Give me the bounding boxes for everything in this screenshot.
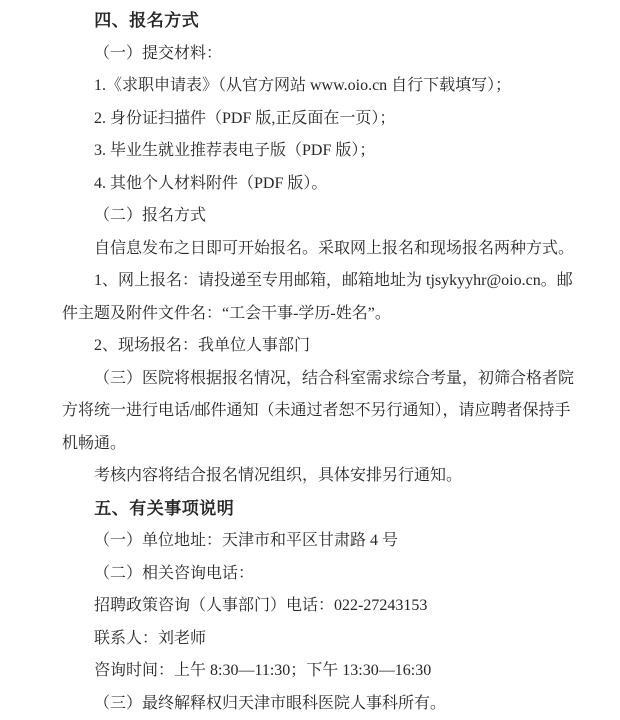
section-heading: 五、有关事项说明	[62, 493, 576, 526]
paragraph: （一）单位地址：天津市和平区甘肃路 4 号	[62, 525, 576, 558]
section-heading: 四、报名方式	[62, 5, 576, 38]
paragraph: （三）医院将根据报名情况，结合科室需求综合考量，初筛合格者院方将统一进行电话/邮…	[62, 363, 576, 461]
document-body: 四、报名方式（一）提交材料：1.《求职申请表》（从官方网站 www.oio.cn…	[62, 5, 576, 720]
paragraph: 3. 毕业生就业推荐表电子版（PDF 版）；	[62, 135, 576, 168]
paragraph: （二）相关咨询电话：	[62, 558, 576, 591]
paragraph: 招聘政策咨询（人事部门）电话：022-27243153	[62, 590, 576, 623]
paragraph: 联系人：刘老师	[62, 623, 576, 656]
paragraph: （三）最终解释权归天津市眼科医院人事科所有。	[62, 688, 576, 720]
document-page: 四、报名方式（一）提交材料：1.《求职申请表》（从官方网站 www.oio.cn…	[0, 0, 620, 720]
paragraph: （二）报名方式	[62, 200, 576, 233]
paragraph: 咨询时间：上午 8:30—11:30；下午 13:30—16:30	[62, 655, 576, 688]
paragraph: 自信息发布之日即可开始报名。采取网上报名和现场报名两种方式。	[62, 233, 576, 266]
paragraph: 4. 其他个人材料附件（PDF 版）。	[62, 168, 576, 201]
paragraph: 2、现场报名：我单位人事部门	[62, 330, 576, 363]
paragraph: 1.《求职申请表》（从官方网站 www.oio.cn 自行下载填写）；	[62, 70, 576, 103]
paragraph: 2. 身份证扫描件（PDF 版,正反面在一页）；	[62, 103, 576, 136]
paragraph: 1、网上报名：请投递至专用邮箱，邮箱地址为 tjsykyyhr@oio.cn。邮…	[62, 265, 576, 330]
paragraph: （一）提交材料：	[62, 38, 576, 71]
paragraph: 考核内容将结合报名情况组织，具体安排另行通知。	[62, 460, 576, 493]
